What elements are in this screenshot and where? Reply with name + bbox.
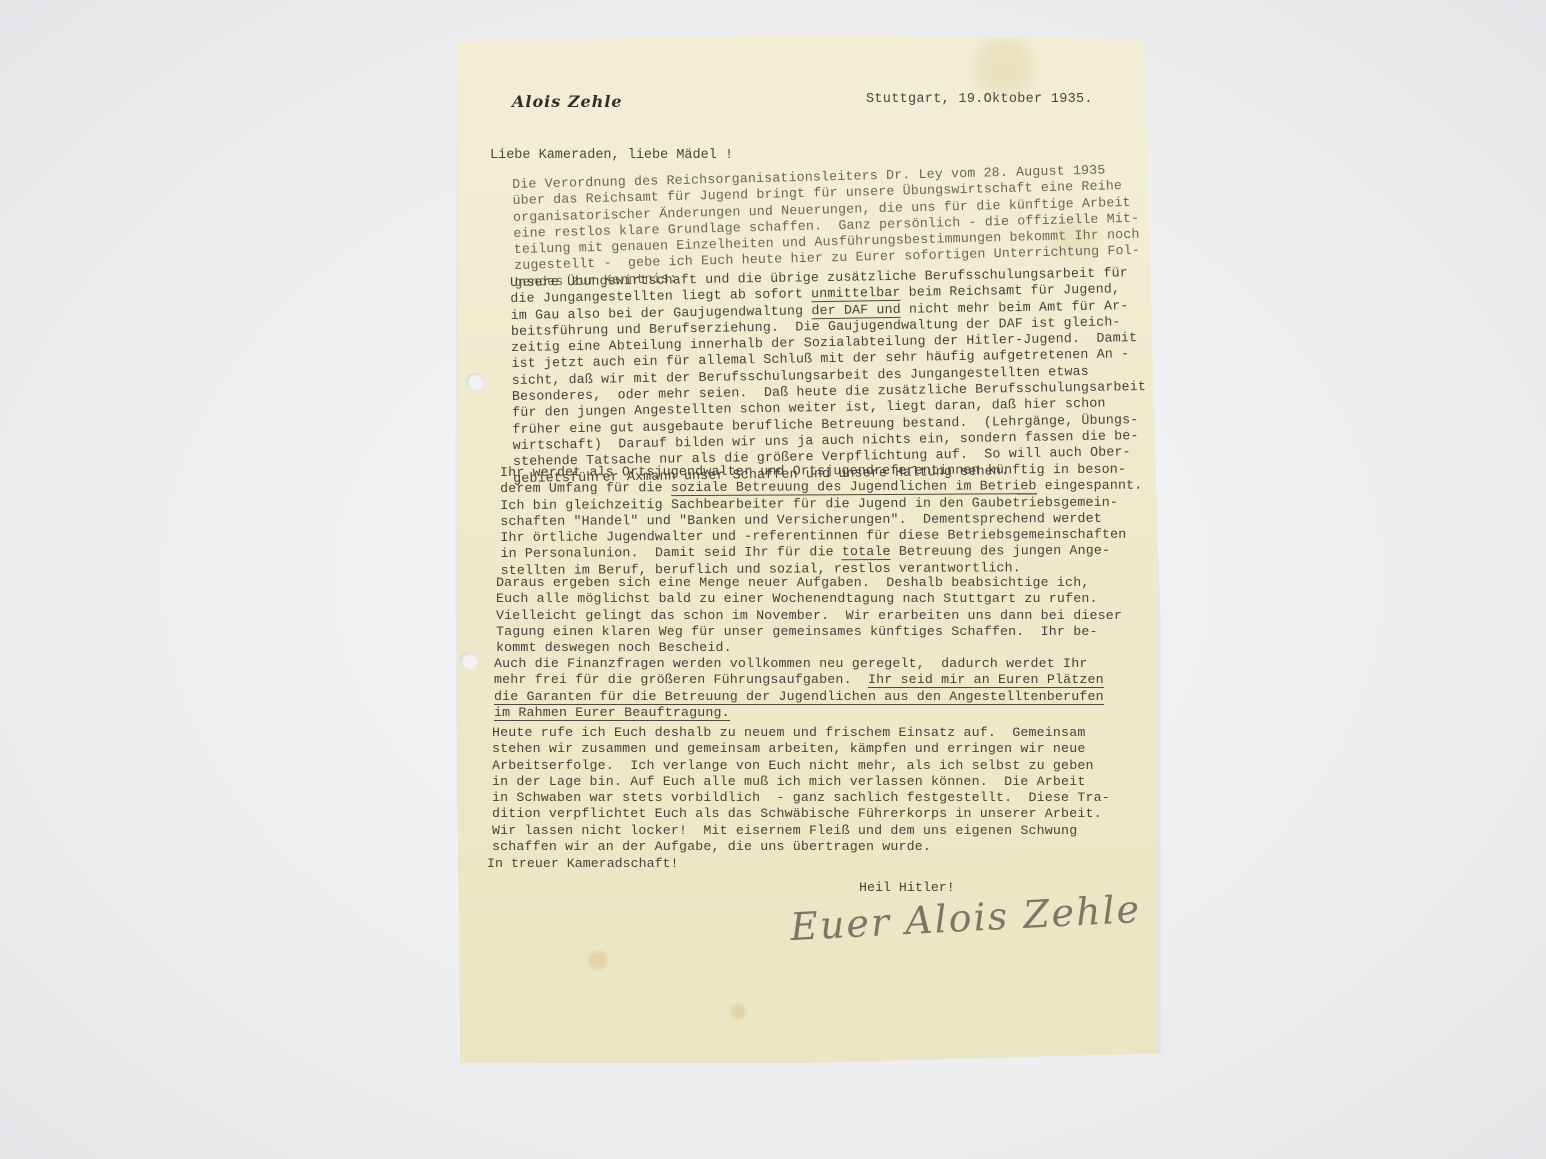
closing-line: In treuer Kameradschaft!	[487, 856, 679, 871]
paragraph-social-care: Ihr werdet als Ortsjugendwalter und Orts…	[500, 462, 1143, 579]
letterhead-name: Alois Zehle	[512, 92, 623, 111]
salutation: Liebe Kameraden, liebe Mädel !	[490, 148, 733, 163]
underlined-phrase: Ihr seid mir an Euren Plätzen	[868, 672, 1104, 688]
punch-hole	[460, 652, 478, 670]
underlined-phrase: der DAF und	[811, 301, 901, 318]
dateline: Stuttgart, 19.Oktober 1935.	[866, 92, 1093, 107]
underlined-phrase: im Rahmen Eurer Beauftragung.	[494, 705, 730, 721]
paragraph-organisation: Unsere Übungswirtschaft und die übrige z…	[510, 265, 1147, 487]
underlined-phrase: unmittelbar	[811, 285, 901, 302]
underlined-phrase: totale	[842, 544, 891, 560]
paragraph-weekend-meeting: Daraus ergeben sich eine Menge neuer Auf…	[496, 575, 1122, 656]
paragraph-finances: Auch die Finanzfragen werden vollkommen …	[494, 656, 1104, 721]
greeting-line: Heil Hitler!	[859, 880, 955, 895]
underlined-phrase: soziale Betreuung des Jugendlichen im Be…	[671, 478, 1037, 496]
punch-hole	[466, 373, 484, 391]
paragraph-appeal: Heute rufe ich Euch deshalb zu neuem und…	[492, 725, 1110, 855]
underlined-phrase: die Garanten für die Betreuung der Jugen…	[494, 689, 1104, 705]
